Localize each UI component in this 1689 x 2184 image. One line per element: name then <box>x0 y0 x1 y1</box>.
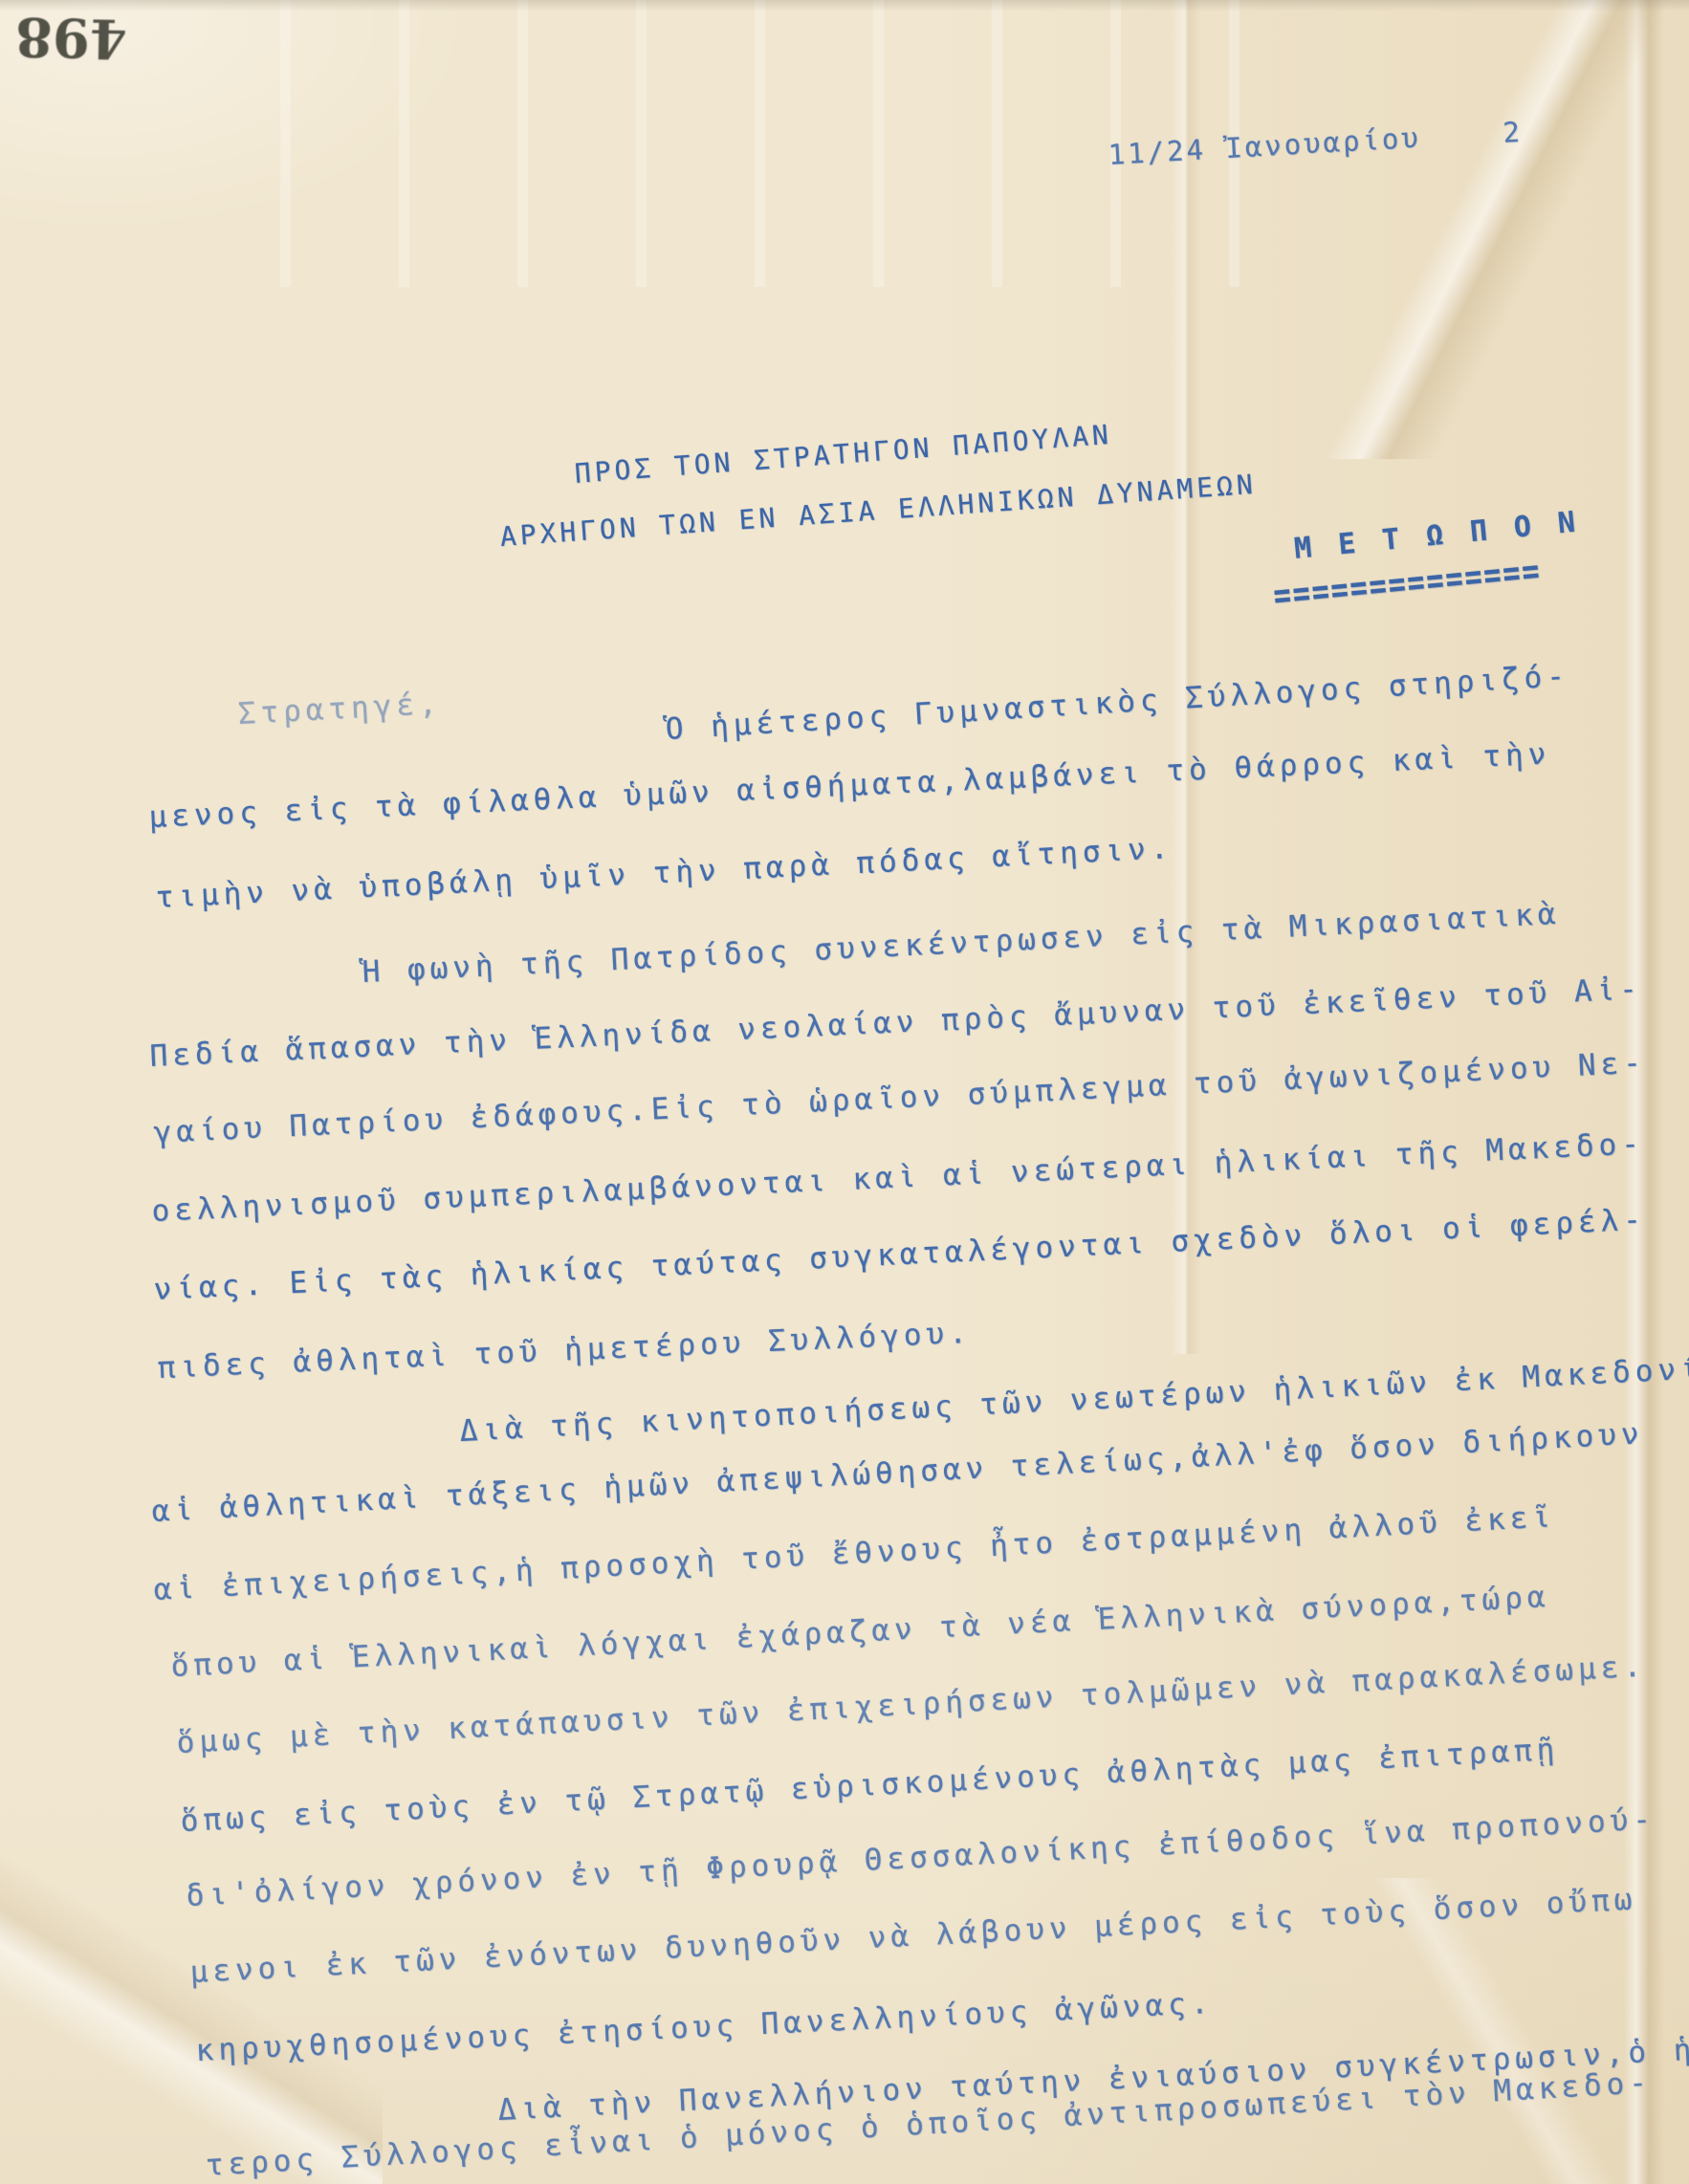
letter-page: 498 11/24 Ἰανουαρίου2 ΠΡΟΣ ΤΟΝ ΣΤΡΑΤΗΓΟΝ… <box>0 0 1689 2184</box>
recipient-line-1: ΠΡΟΣ ΤΟΝ ΣΤΡΑΤΗΓΟΝ ΠΑΠΟΥΛΑΝ <box>574 422 1113 488</box>
date-line: 11/24 Ἰανουαρίου2 <box>1108 119 1524 169</box>
date-trailing-number: 2 <box>1503 119 1524 147</box>
salutation: Στρατηγέ, <box>237 689 442 730</box>
page-number-stamp: 498 <box>14 5 127 70</box>
body-line: Ὁ ἡμέτερος Γυμναστικὸς Σύλλογος στηριζό- <box>665 662 1570 745</box>
body-line: τιμὴν νὰ ὑποβάλῃ ὑμῖν τὴν παρὰ πόδας αἴτ… <box>155 834 1174 913</box>
body-line: κηρυχθησομένους ἐτησίους Πανελληνίους ἀγ… <box>195 1989 1214 2066</box>
body-line: νίας. Εἰς τὰς ἡλικίας ταύτας συγκαταλέγο… <box>153 1205 1647 1305</box>
body-line: πιδες ἀθληταὶ τοῦ ἡμετέρου Συλλόγου. <box>157 1319 972 1384</box>
body-line: μενος εἰς τὰ φίλαθλα ὑμῶν αἰσθήματα,λαμβ… <box>148 739 1551 833</box>
body-line: Ἡ φωνὴ τῆς Πατρίδος συνεκέντρωσεν εἰς τὰ… <box>362 900 1561 988</box>
date-value: 11/24 Ἰανουαρίου <box>1108 121 1422 171</box>
